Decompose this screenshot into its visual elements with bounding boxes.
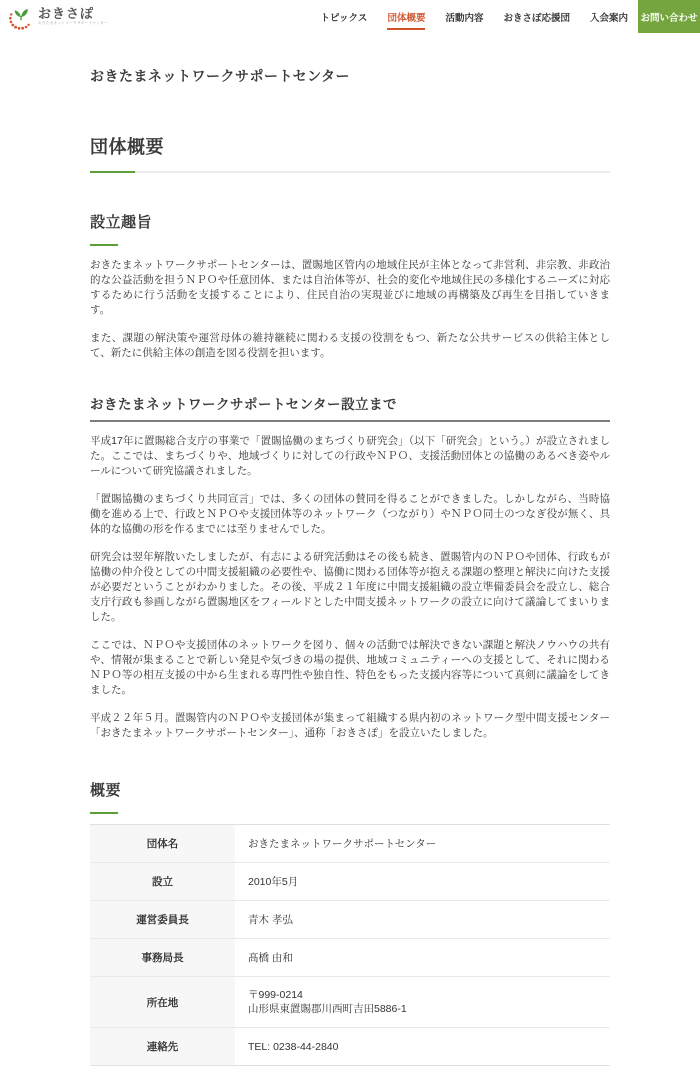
purpose-paragraph: おきたまネットワークサポートセンターは、置賜地区管内の地域住民が主体となって非営… (90, 258, 610, 318)
table-row: 設立 2010年5月 (90, 863, 610, 901)
section-group-overview: 団体概要 (90, 133, 610, 173)
section-summary: 概要 団体名 おきたまネットワークサポートセンター 設立 2010年5月 運営委… (90, 779, 610, 1066)
nav-item-topics[interactable]: トピックス (310, 0, 377, 33)
history-heading: おきたまネットワークサポートセンター設立まで (90, 393, 610, 422)
row-label: 事務局長 (90, 939, 235, 977)
purpose-heading: 設立趣旨 (90, 211, 610, 232)
heading-divider-accent (90, 171, 135, 173)
purpose-heading-accent (90, 244, 118, 246)
overview-table: 団体名 おきたまネットワークサポートセンター 設立 2010年5月 運営委員長 … (90, 824, 610, 1066)
row-value: 髙橋 由和 (235, 939, 610, 977)
brand-tagline: おきたまネットワークサポートセンター (38, 22, 108, 26)
row-value: 〒999-0214 山形県東置賜郡川西町吉田5886-1 (235, 977, 610, 1028)
row-value: 2010年5月 (235, 863, 610, 901)
history-paragraph: ここでは、ＮＰＯや支援団体のネットワークを図り、個々の活動では解決できない課題と… (90, 638, 610, 698)
row-label: 設立 (90, 863, 235, 901)
contact-button[interactable]: お問い合わせ (638, 0, 700, 33)
purpose-paragraph: また、課題の解決策や運営母体の維持継続に関わる支援の役割をもつ、新たな公共サービ… (90, 331, 610, 361)
history-paragraph: 研究会は翌年解散いたしましたが、有志による研究活動はその後も続き、置賜管内のＮＰ… (90, 550, 610, 625)
sprout-logo-icon (8, 4, 34, 30)
row-label: 所在地 (90, 977, 235, 1028)
row-value: TEL: 0238-44-2840 (235, 1028, 610, 1066)
summary-heading-accent (90, 812, 118, 814)
table-row: 運営委員長 青木 孝弘 (90, 901, 610, 939)
summary-heading: 概要 (90, 779, 610, 800)
site-header: おきさぽ おきたまネットワークサポートセンター トピックス 団体概要 活動内容 … (0, 0, 700, 33)
table-row: 団体名 おきたまネットワークサポートセンター (90, 825, 610, 863)
brand-name: おきさぽ (38, 7, 108, 21)
table-row: 事務局長 髙橋 由和 (90, 939, 610, 977)
history-paragraph: 平成２２年５月。置賜管内のＮＰＯや支援団体が集まって組織する県内初のネットワーク… (90, 711, 610, 741)
table-row: 連絡先 TEL: 0238-44-2840 (90, 1028, 610, 1066)
row-label: 運営委員長 (90, 901, 235, 939)
page-title: おきたまネットワークサポートセンター (90, 66, 610, 86)
nav-item-supporters[interactable]: おきさぽ応援団 (493, 0, 580, 33)
nav-item-membership[interactable]: 入会案内 (580, 0, 638, 33)
nav-item-about[interactable]: 団体概要 (377, 0, 435, 33)
history-paragraph: 平成17年に置賜総合支庁の事業で「置賜協働のまちづくり研究会」（以下「研究会」と… (90, 434, 610, 479)
nav-item-activities[interactable]: 活動内容 (435, 0, 493, 33)
row-label: 連絡先 (90, 1028, 235, 1066)
history-body: 平成17年に置賜総合支庁の事業で「置賜協働のまちづくり研究会」（以下「研究会」と… (90, 434, 610, 741)
main-content: おきたまネットワークサポートセンター 団体概要 設立趣旨 おきたまネットワークサ… (90, 33, 610, 1086)
row-value: 青木 孝弘 (235, 901, 610, 939)
main-nav: トピックス 団体概要 活動内容 おきさぽ応援団 入会案内 お問い合わせ (310, 0, 700, 33)
row-label: 団体名 (90, 825, 235, 863)
site-logo[interactable]: おきさぽ おきたまネットワークサポートセンター (8, 4, 108, 30)
row-value: おきたまネットワークサポートセンター (235, 825, 610, 863)
section-purpose: 設立趣旨 おきたまネットワークサポートセンターは、置賜地区管内の地域住民が主体と… (90, 211, 610, 361)
purpose-body: おきたまネットワークサポートセンターは、置賜地区管内の地域住民が主体となって非営… (90, 258, 610, 361)
section-heading-group-overview: 団体概要 (90, 133, 610, 159)
table-row: 所在地 〒999-0214 山形県東置賜郡川西町吉田5886-1 (90, 977, 610, 1028)
heading-divider (90, 171, 610, 173)
history-paragraph: 「置賜協働のまちづくり共同宣言」では、多くの団体の賛同を得ることができました。し… (90, 492, 610, 537)
section-history: おきたまネットワークサポートセンター設立まで 平成17年に置賜総合支庁の事業で「… (90, 393, 610, 741)
